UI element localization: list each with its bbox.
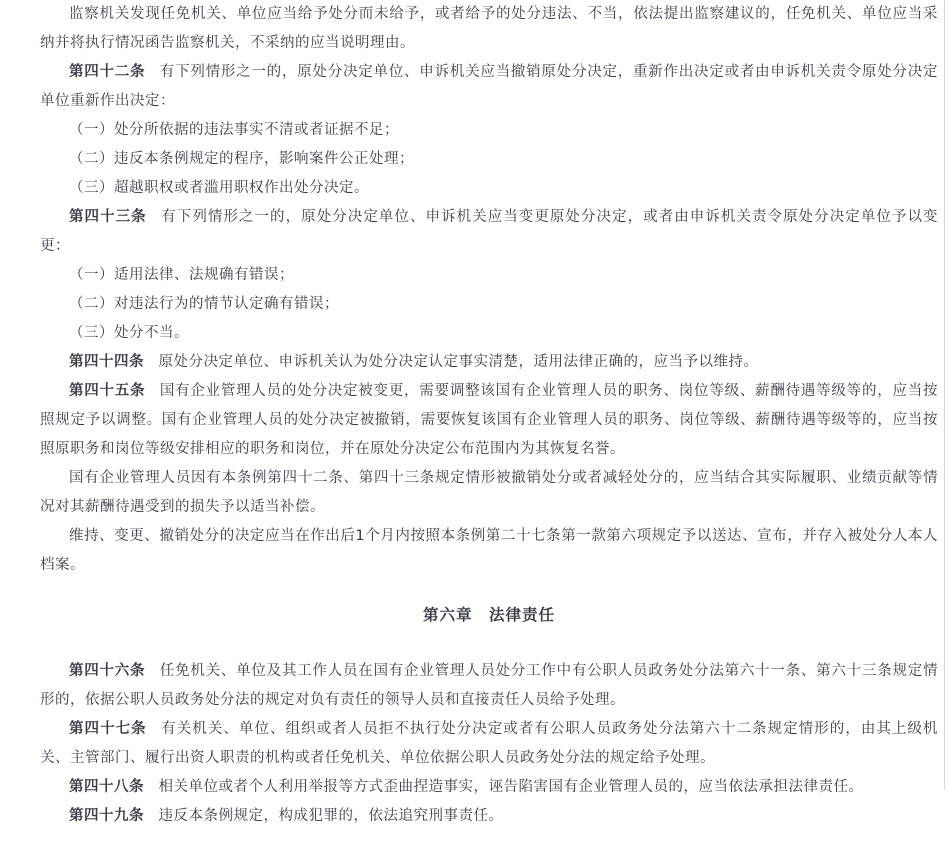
chapter-heading-text: 第六章 法律责任	[423, 606, 555, 624]
legal-paragraph: 第四十五条国有企业管理人员的处分决定被变更，需要调整该国有企业管理人员的职务、岗…	[40, 377, 938, 464]
paragraph-text: 违反本条例规定，构成犯罪的，依法追究刑事责任。	[159, 808, 504, 824]
legal-paragraph: 第四十六条任免机关、单位及其工作人员在国有企业管理人员处分工作中有公职人员政务处…	[40, 657, 938, 715]
legal-paragraph: 第四十八条相关单位或者个人利用举报等方式歪曲捏造事实，诬告陷害国有企业管理人员的…	[40, 773, 938, 802]
article-number: 第四十八条	[69, 779, 144, 795]
paragraph-text: 有关机关、单位、组织或者人员拒不执行处分决定或者有公职人员政务处分法第六十二条规…	[40, 721, 938, 766]
paragraph-text: 监察机关发现任免机关、单位应当给予处分而未给予，或者给予的处分违法、不当，依法提…	[40, 6, 938, 51]
legal-paragraph: 国有企业管理人员因有本条例第四十二条、第四十三条规定情形被撤销处分或者减轻处分的…	[40, 464, 938, 522]
article-number: 第四十二条	[69, 64, 145, 80]
legal-paragraph: （三）处分不当。	[40, 319, 938, 348]
paragraph-text: （二）对违法行为的情节认定确有错误；	[69, 296, 339, 312]
article-number: 第四十三条	[69, 209, 147, 225]
paragraph-text: 维持、变更、撤销处分的决定应当在作出后1个月内按照本条例第二十七条第一款第六项规…	[40, 528, 938, 573]
legal-paragraph: （一）处分所依据的违法事实不清或者证据不足；	[40, 116, 938, 145]
article-number: 第四十五条	[69, 383, 145, 399]
article-number: 第四十六条	[69, 663, 145, 679]
legal-paragraph: 第四十九条违反本条例规定，构成犯罪的，依法追究刑事责任。	[40, 802, 938, 831]
paragraph-text: 有下列情形之一的，原处分决定单位、申诉机关应当撤销原处分决定，重新作出决定或者由…	[40, 64, 938, 109]
paragraph-text: （一）适用法律、法规确有错误；	[69, 267, 294, 283]
legal-paragraph: 第四十二条有下列情形之一的，原处分决定单位、申诉机关应当撤销原处分决定，重新作出…	[40, 58, 938, 116]
paragraph-text: 国有企业管理人员的处分决定被变更，需要调整该国有企业管理人员的职务、岗位等级、薪…	[40, 383, 938, 457]
document-paragraphs: 监察机关发现任免机关、单位应当给予处分而未给予，或者给予的处分违法、不当，依法提…	[40, 0, 938, 831]
legal-paragraph: （一）适用法律、法规确有错误；	[40, 261, 938, 290]
paragraph-text: （二）违反本条例规定的程序，影响案件公正处理；	[69, 151, 414, 167]
legal-paragraph: 维持、变更、撤销处分的决定应当在作出后1个月内按照本条例第二十七条第一款第六项规…	[40, 522, 938, 580]
legal-paragraph: 第四十七条有关机关、单位、组织或者人员拒不执行处分决定或者有公职人员政务处分法第…	[40, 715, 938, 773]
legal-paragraph: （三）超越职权或者滥用职权作出处分决定。	[40, 174, 938, 203]
page: { "colors": { "text": "#363b46", "backgr…	[0, 0, 948, 843]
legal-paragraph: （二）违反本条例规定的程序，影响案件公正处理；	[40, 145, 938, 174]
article-number: 第四十七条	[69, 721, 147, 737]
document-body: 监察机关发现任免机关、单位应当给予处分而未给予，或者给予的处分违法、不当，依法提…	[0, 0, 948, 843]
paragraph-text: 任免机关、单位及其工作人员在国有企业管理人员处分工作中有公职人员政务处分法第六十…	[40, 663, 938, 708]
content-edge-divider	[944, 0, 945, 790]
article-number: 第四十九条	[69, 808, 144, 824]
legal-paragraph: 监察机关发现任免机关、单位应当给予处分而未给予，或者给予的处分违法、不当，依法提…	[40, 0, 938, 58]
paragraph-text: 有下列情形之一的，原处分决定单位、申诉机关应当变更原处分决定，或者由申诉机关责令…	[40, 209, 938, 254]
paragraph-text: （一）处分所依据的违法事实不清或者证据不足；	[69, 122, 399, 138]
legal-paragraph: （二）对违法行为的情节认定确有错误；	[40, 290, 938, 319]
paragraph-text: （三）处分不当。	[69, 325, 189, 341]
chapter-heading: 第六章 法律责任	[40, 601, 938, 630]
paragraph-text: 国有企业管理人员因有本条例第四十二条、第四十三条规定情形被撤销处分或者减轻处分的…	[40, 470, 938, 515]
article-number: 第四十四条	[69, 354, 144, 370]
paragraph-text: （三）超越职权或者滥用职权作出处分决定。	[69, 180, 369, 196]
paragraph-text: 相关单位或者个人利用举报等方式歪曲捏造事实，诬告陷害国有企业管理人员的，应当依法…	[159, 779, 864, 795]
paragraph-text: 原处分决定单位、申诉机关认为处分决定认定事实清楚，适用法律正确的，应当予以维持。	[159, 354, 759, 370]
legal-paragraph: 第四十三条有下列情形之一的，原处分决定单位、申诉机关应当变更原处分决定，或者由申…	[40, 203, 938, 261]
legal-paragraph: 第四十四条原处分决定单位、申诉机关认为处分决定认定事实清楚，适用法律正确的，应当…	[40, 348, 938, 377]
